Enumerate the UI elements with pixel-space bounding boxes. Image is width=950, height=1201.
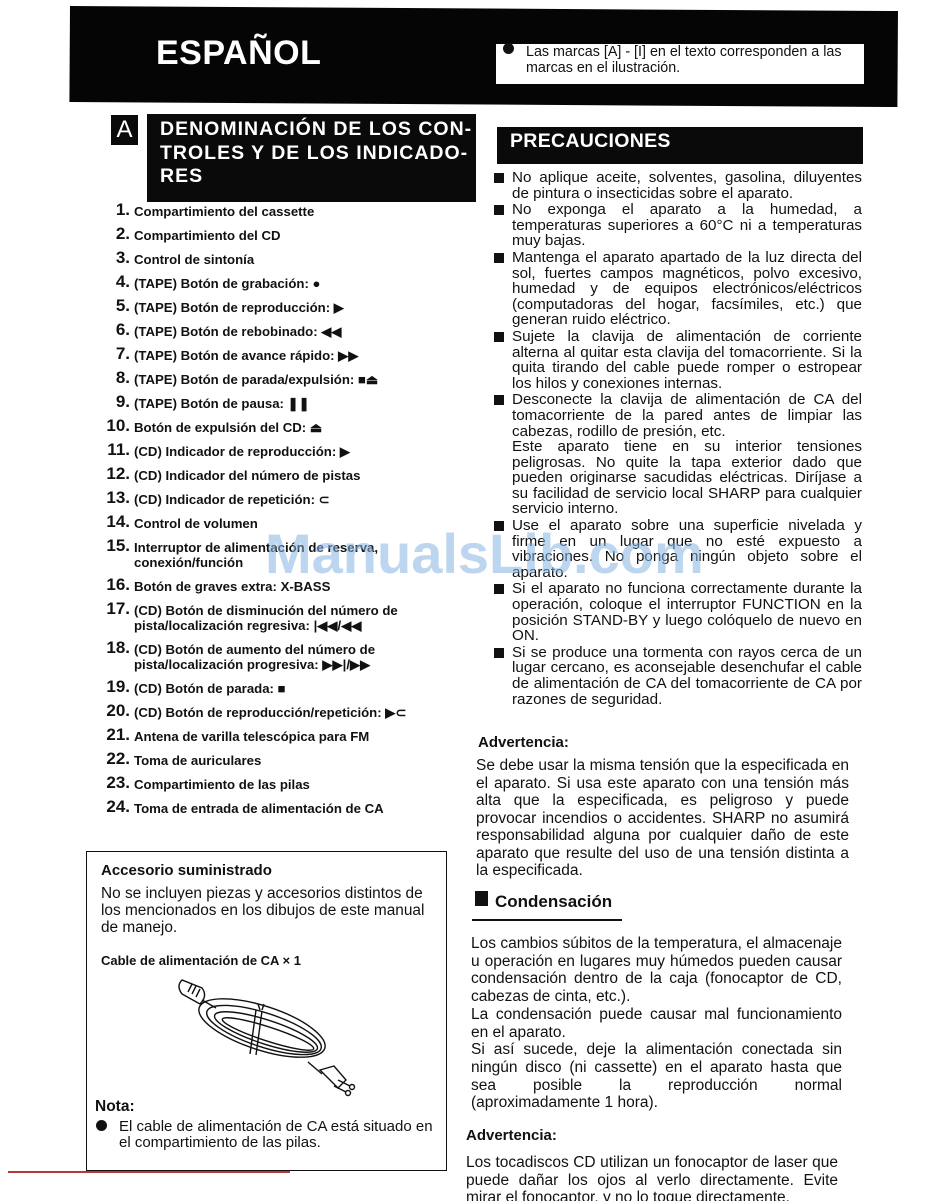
control-label: Control de sintonía [134,252,476,267]
control-item: 1.Compartimiento del cassette [96,204,476,219]
paragraph: Los cambios súbitos de la temperatura, e… [471,935,842,1006]
control-number: 14. [96,514,130,529]
control-label: (CD) Botón de parada: ■ [134,681,476,696]
control-label: Compartimiento de las pilas [134,777,476,792]
control-number: 23. [96,775,130,790]
square-bullet-icon [494,648,504,658]
control-number: 5. [96,298,130,313]
control-number: 3. [96,250,130,265]
control-item: 24.Toma de entrada de alimentación de CA [96,801,476,816]
square-bullet-icon [494,253,504,263]
bullet-icon [503,43,514,54]
control-item: 7.(TAPE) Botón de avance rápido: ▶▶ [96,348,476,363]
control-number: 20. [96,703,130,718]
section-letter-a: A [111,115,138,145]
precaution-text: No aplique aceite, solventes, gasolina, … [512,170,862,201]
condensation-text: Los cambios súbitos de la temperatura, e… [471,935,842,1112]
control-number: 2. [96,226,130,241]
control-item: 17.(CD) Botón de disminución del número … [96,603,476,633]
precaution-text: Este aparato tiene en su interior tensio… [512,439,862,517]
control-item: 23.Compartimiento de las pilas [96,777,476,792]
precaution-text: Desconecte la clavija de alimentación de… [512,392,862,439]
precautions-list: No aplique aceite, solventes, gasolina, … [490,170,862,707]
heading-line: RES [160,165,478,189]
power-cord-icon [170,970,360,1102]
square-bullet-icon [494,173,504,183]
control-item: 3.Control de sintonía [96,252,476,267]
control-label: (TAPE) Botón de reproducción: ▶ [134,300,476,315]
control-label: (TAPE) Botón de rebobinado: ◀◀ [134,324,476,339]
warning-title-2: Advertencia: [466,1127,557,1144]
control-number: 17. [96,601,130,616]
control-label: (CD) Botón de aumento del número de pist… [134,642,476,672]
control-label: Compartimiento del CD [134,228,476,243]
square-bullet-icon [494,205,504,215]
precaution-item: Sujete la clavija de alimentación de cor… [490,329,862,391]
precaution-item: Si el aparato no funciona correctamente … [490,581,862,643]
control-number: 16. [96,577,130,592]
control-label: Compartimiento del cassette [134,204,476,219]
note-text: El cable de alimentación de CA está situ… [119,1119,439,1151]
section-a-heading: DENOMINACIÓN DE LOS CON- TROLES Y DE LOS… [160,118,478,189]
control-number: 4. [96,274,130,289]
bullet-icon [96,1120,107,1131]
controls-list: 1.Compartimiento del cassette2.Compartim… [96,200,476,816]
precautions-heading: PRECAUCIONES [510,130,671,153]
control-item: 21.Antena de varilla telescópica para FM [96,729,476,744]
control-label: Antena de varilla telescópica para FM [134,729,476,744]
control-label: (TAPE) Botón de grabación: ● [134,276,476,291]
accessory-title: Accesorio suministrado [101,862,272,879]
control-item: 11.(CD) Indicador de reproducción: ▶ [96,444,476,459]
condensation-heading: Condensación [495,892,612,912]
cable-label: Cable de alimentación de CA × 1 [101,953,301,968]
control-number: 15. [96,538,130,553]
control-number: 6. [96,322,130,337]
control-number: 18. [96,640,130,655]
control-label: (CD) Indicador de reproducción: ▶ [134,444,476,459]
precaution-item: No aplique aceite, solventes, gasolina, … [490,170,862,201]
control-label: (CD) Botón de disminución del número de … [134,603,476,633]
control-number: 12. [96,466,130,481]
watermark: ManualsLib.com [265,521,704,586]
heading-line: DENOMINACIÓN DE LOS CON- [160,118,478,142]
control-label: (CD) Indicador del número de pistas [134,468,476,483]
square-bullet-icon [475,891,488,906]
heading-line: TROLES Y DE LOS INDICADO- [160,142,478,166]
precaution-text: Si el aparato no funciona correctamente … [512,581,862,643]
red-rule [8,1171,290,1173]
page-title: ESPAÑOL [156,34,321,73]
control-number: 1. [96,202,130,217]
control-item: 13.(CD) Indicador de repetición: ⊂ [96,492,476,507]
marks-note: Las marcas [A] - [I] en el texto corresp… [526,44,866,76]
control-number: 11. [96,442,130,457]
control-item: 9.(TAPE) Botón de pausa: ❚❚ [96,396,476,411]
paragraph: La condensación puede causar mal funcion… [471,1006,842,1041]
square-bullet-icon [494,332,504,342]
square-bullet-icon [494,395,504,405]
control-number: 8. [96,370,130,385]
control-item: 18.(CD) Botón de aumento del número de p… [96,642,476,672]
precaution-item: Mantenga el aparato apartado de la luz d… [490,250,862,328]
control-number: 9. [96,394,130,409]
control-number: 13. [96,490,130,505]
heading-underline [472,919,622,921]
control-item: 22.Toma de auriculares [96,753,476,768]
control-label: Toma de auriculares [134,753,476,768]
control-label: (TAPE) Botón de parada/expulsión: ■⏏ [134,372,476,387]
control-item: 12.(CD) Indicador del número de pistas [96,468,476,483]
control-label: (TAPE) Botón de pausa: ❚❚ [134,396,476,411]
control-number: 21. [96,727,130,742]
control-number: 22. [96,751,130,766]
warning-title: Advertencia: [478,734,569,751]
note-title: Nota: [95,1098,135,1116]
control-item: 5.(TAPE) Botón de reproducción: ▶ [96,300,476,315]
warning-text: Se debe usar la misma tensión que la esp… [476,757,849,880]
control-number: 19. [96,679,130,694]
control-item: 20.(CD) Botón de reproducción/repetición… [96,705,476,720]
control-item: 4.(TAPE) Botón de grabación: ● [96,276,476,291]
control-item: 6.(TAPE) Botón de rebobinado: ◀◀ [96,324,476,339]
control-label: (CD) Indicador de repetición: ⊂ [134,492,476,507]
control-label: Botón de expulsión del CD: ⏏ [134,420,476,435]
precaution-item: No exponga el aparato a la humedad, a te… [490,202,862,249]
control-number: 7. [96,346,130,361]
control-label: Toma de entrada de alimentación de CA [134,801,476,816]
accessory-body: No se incluyen piezas y accesorios disti… [101,885,443,936]
control-number: 24. [96,799,130,814]
control-label: (CD) Botón de reproducción/repetición: ▶… [134,705,476,720]
control-label: (TAPE) Botón de avance rápido: ▶▶ [134,348,476,363]
paragraph: Si así sucede, deje la alimentación cone… [471,1041,842,1112]
control-item: 8.(TAPE) Botón de parada/expulsión: ■⏏ [96,372,476,387]
precaution-text: Mantenga el aparato apartado de la luz d… [512,250,862,328]
precaution-text: Sujete la clavija de alimentación de cor… [512,329,862,391]
precaution-item: Si se produce una tormenta con rayos cer… [490,645,862,707]
precaution-text: No exponga el aparato a la humedad, a te… [512,202,862,249]
warning-text-2: Los tocadiscos CD utilizan un fonocaptor… [466,1154,838,1201]
control-number: 10. [96,418,130,433]
precaution-text: Si se produce una tormenta con rayos cer… [512,645,862,707]
control-item: 2.Compartimiento del CD [96,228,476,243]
precaution-item: Desconecte la clavija de alimentación de… [490,392,862,517]
control-item: 19.(CD) Botón de parada: ■ [96,681,476,696]
control-item: 10.Botón de expulsión del CD: ⏏ [96,420,476,435]
